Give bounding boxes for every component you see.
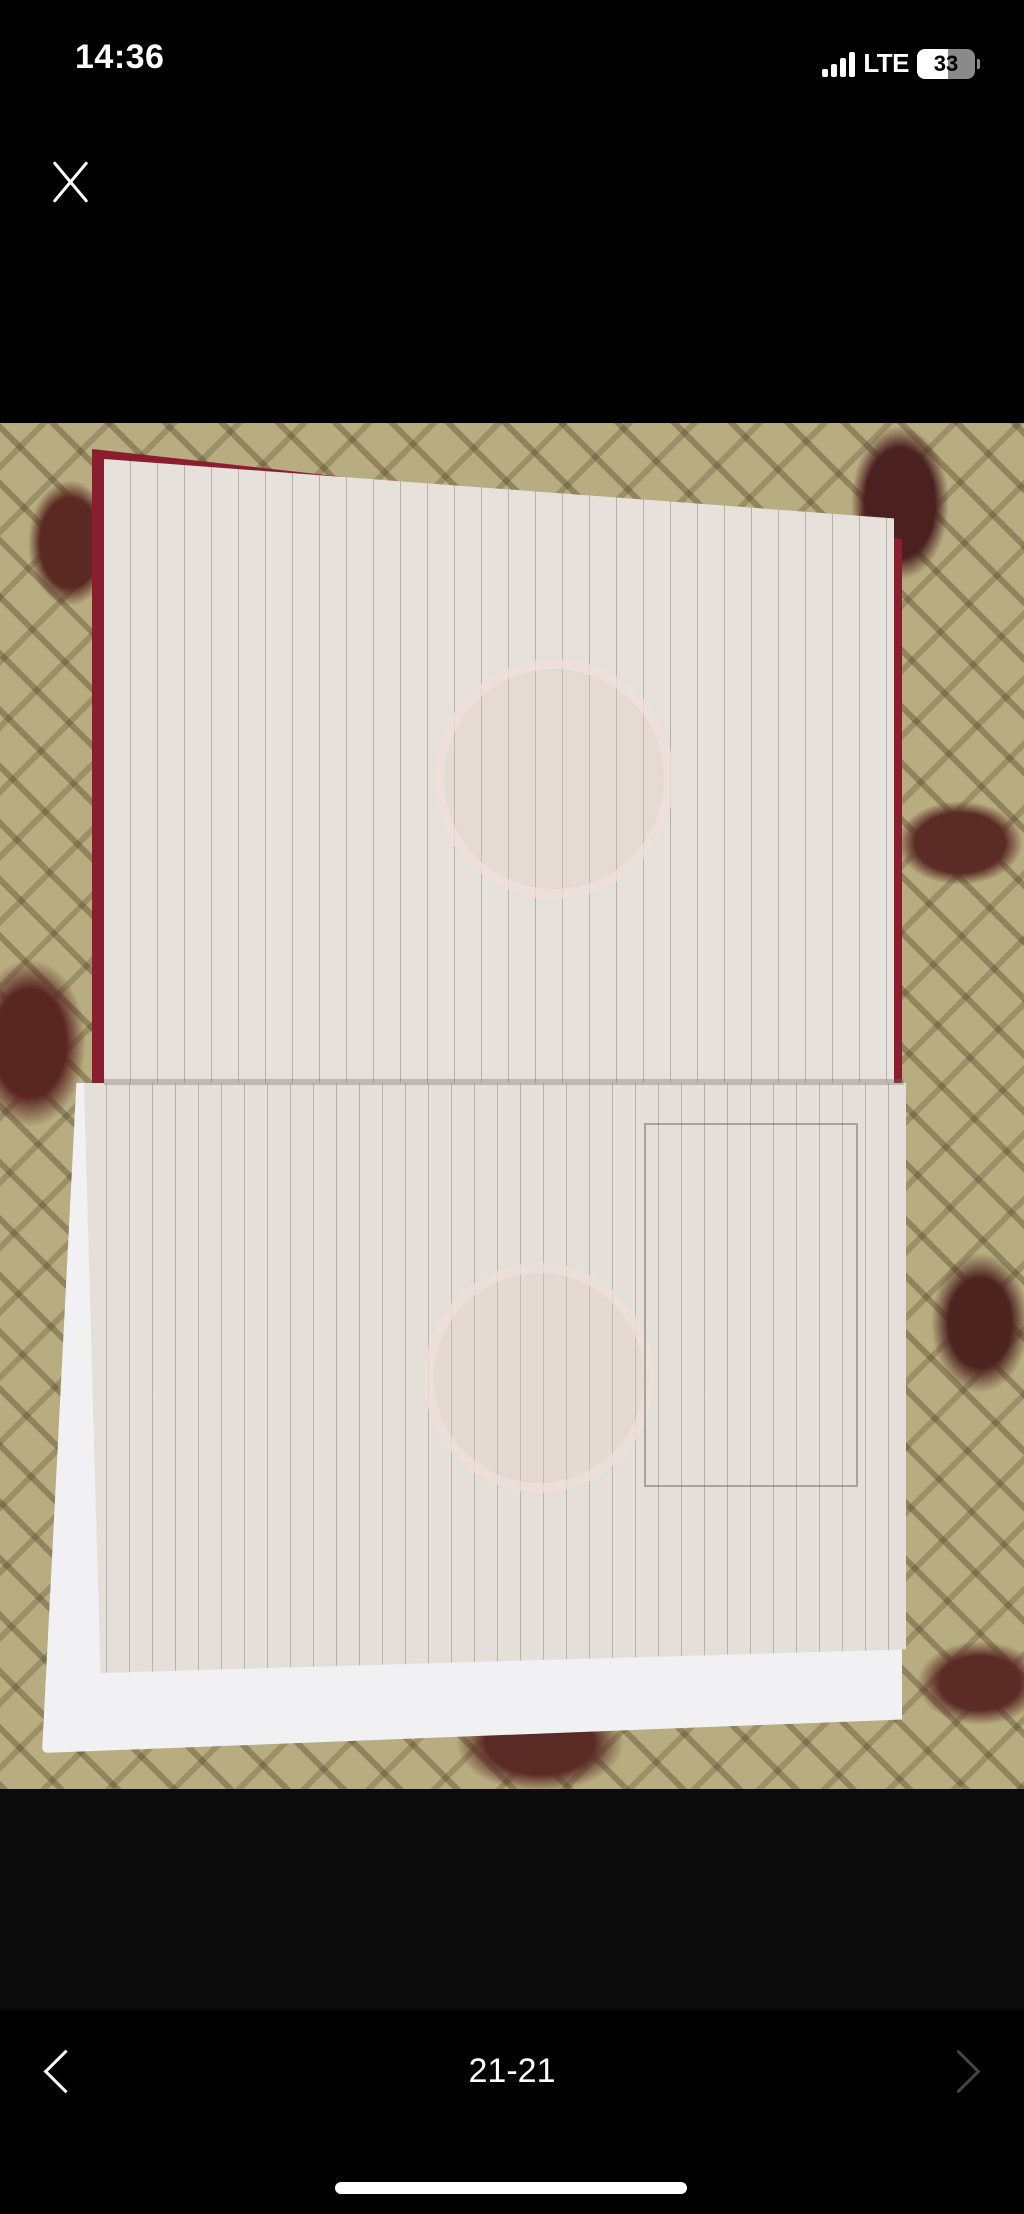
chevron-right-icon[interactable] [934, 2040, 994, 2100]
battery-icon: 33 [917, 49, 975, 79]
photo-viewer-image[interactable] [0, 423, 1024, 1789]
close-icon[interactable] [40, 148, 104, 212]
emblem-watermark [434, 659, 674, 899]
emblem-watermark [424, 1263, 654, 1493]
status-bar: 14:36 LTE 33 [0, 0, 1024, 120]
battery-tip [977, 59, 980, 69]
status-indicators: LTE 33 [822, 48, 980, 79]
signal-icon [822, 51, 855, 77]
document-page-lower [84, 1083, 906, 1673]
network-type: LTE [863, 48, 909, 79]
document-page-upper [104, 459, 894, 1119]
bottom-shade [0, 1789, 1024, 2010]
document-table [644, 1123, 858, 1487]
battery-percent: 33 [934, 51, 958, 77]
page-fold [104, 1079, 904, 1085]
home-indicator[interactable] [335, 2182, 687, 2194]
page-counter: 21-21 [0, 2052, 1024, 2091]
status-time: 14:36 [75, 38, 164, 77]
